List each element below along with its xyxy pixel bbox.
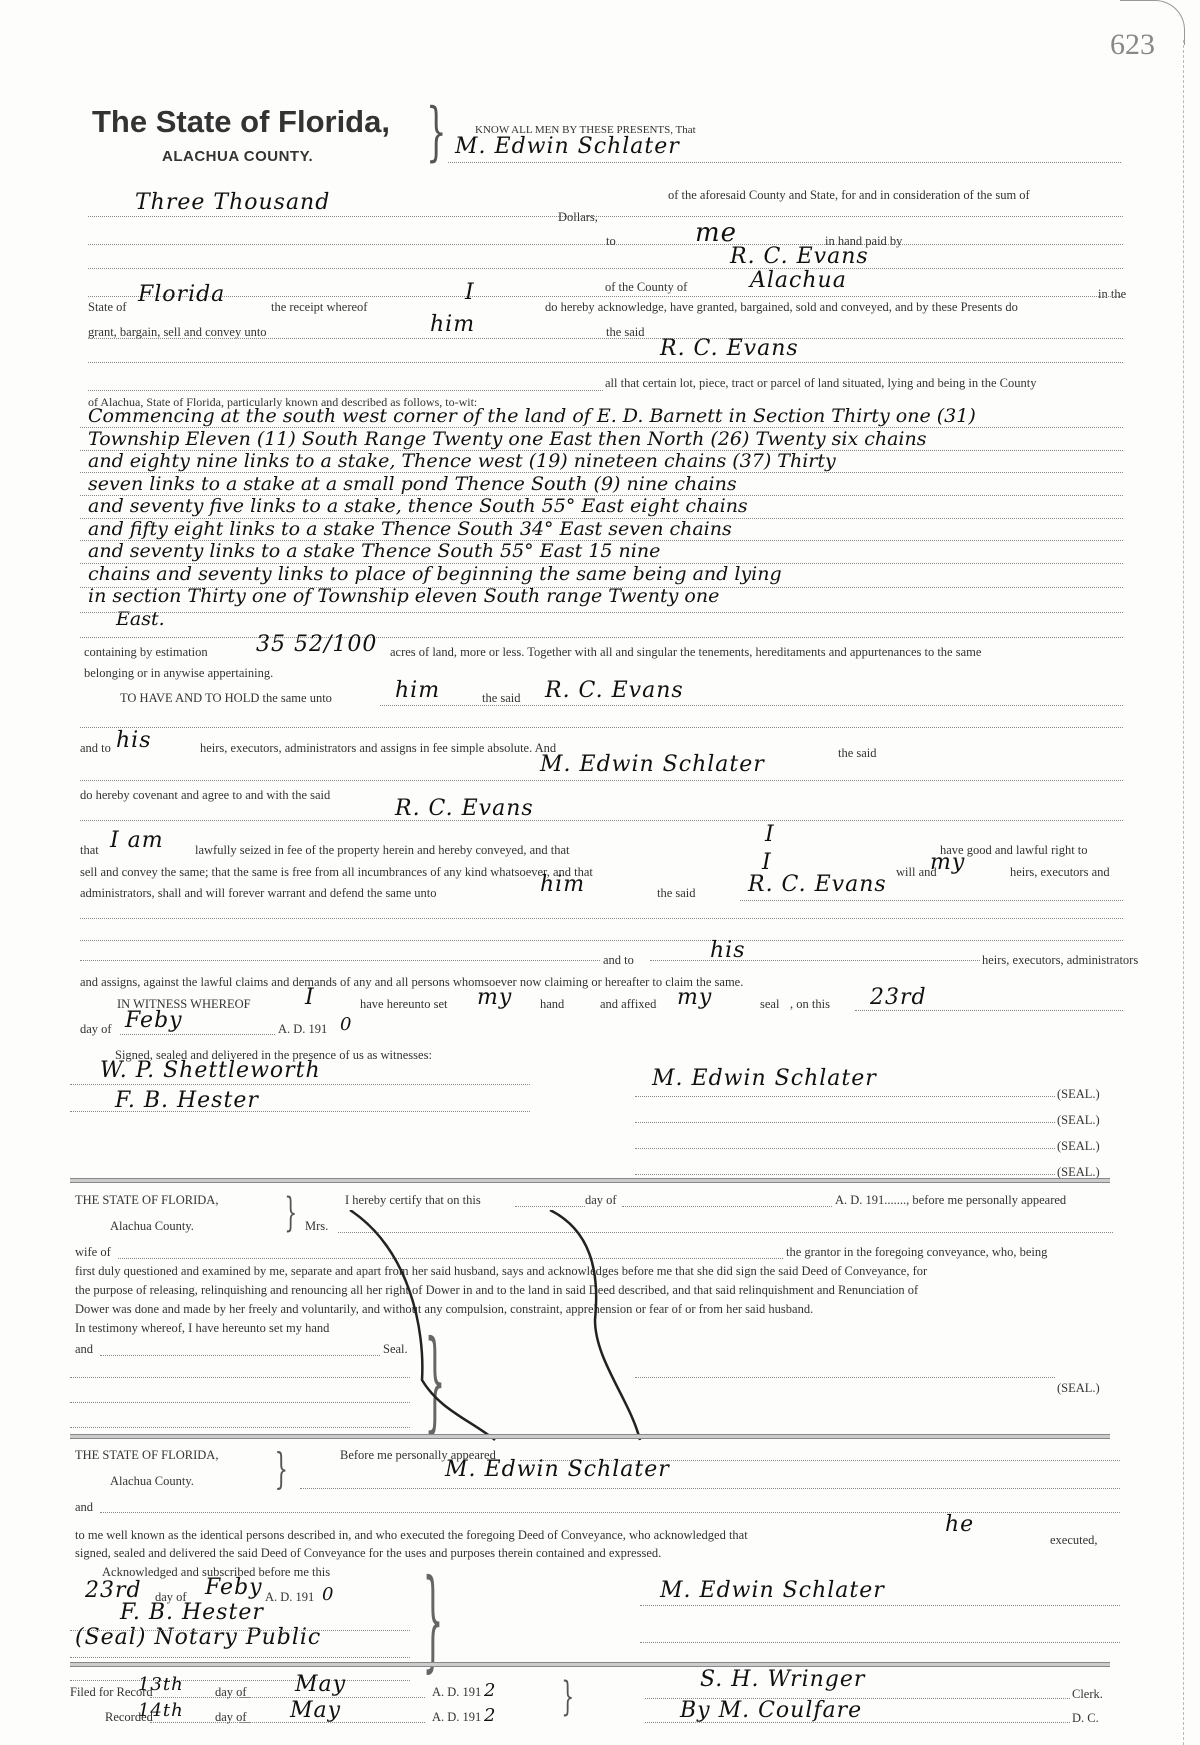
paid-by: R. C. Evans <box>730 244 869 269</box>
appeared-name: M. Edwin Schlater <box>445 1457 670 1482</box>
grantor-signature: M. Edwin Schlater <box>652 1066 877 1091</box>
county-heading: ALACHUA COUNTY. <box>162 148 313 165</box>
consideration-text: of the aforesaid County and State, for a… <box>668 188 1030 203</box>
grantee-name: R. C. Evans <box>660 336 799 361</box>
consideration-amount: Three Thousand <box>135 190 330 215</box>
ack-signature: M. Edwin Schlater <box>660 1578 885 1603</box>
witness-1: W. P. Shettleworth <box>100 1058 321 1083</box>
section-divider <box>70 1178 1110 1183</box>
cancellation-strokes <box>330 1210 670 1460</box>
covenantor-name: M. Edwin Schlater <box>540 752 765 777</box>
dollars-label: Dollars, <box>558 210 598 225</box>
filed-month: May <box>295 1672 346 1697</box>
acreage-value: 35 52/100 <box>256 632 377 657</box>
grant-unto: him <box>430 312 475 337</box>
witness-2: F. B. Hester <box>115 1088 259 1113</box>
header-brace: } <box>426 100 446 164</box>
filed-day: 13th <box>138 1674 184 1695</box>
county-of-value: Alachua <box>750 268 847 293</box>
grantor-name: M. Edwin Schlater <box>455 134 680 159</box>
page-number: 623 <box>1110 28 1155 62</box>
deed-page: 623 The State of Florida, ALACHUA COUNTY… <box>0 0 1200 1745</box>
recorded-day: 14th <box>138 1700 184 1721</box>
state-of-value: Florida <box>138 282 225 307</box>
page-edge <box>1183 40 1185 1745</box>
clerk-signature: S. H. Wringer <box>700 1667 865 1692</box>
recorded-month: May <box>290 1698 341 1723</box>
witness-month: Feby <box>125 1008 183 1033</box>
seal-label: (SEAL.) <box>1057 1087 1100 1102</box>
notary-name: F. B. Hester <box>120 1600 264 1625</box>
document-title: The State of Florida, <box>92 104 390 140</box>
witness-day: 23rd <box>870 985 927 1010</box>
notary-title: (Seal) Notary Public <box>75 1625 321 1650</box>
deputy-clerk-signature: By M. Coulfare <box>680 1698 862 1723</box>
